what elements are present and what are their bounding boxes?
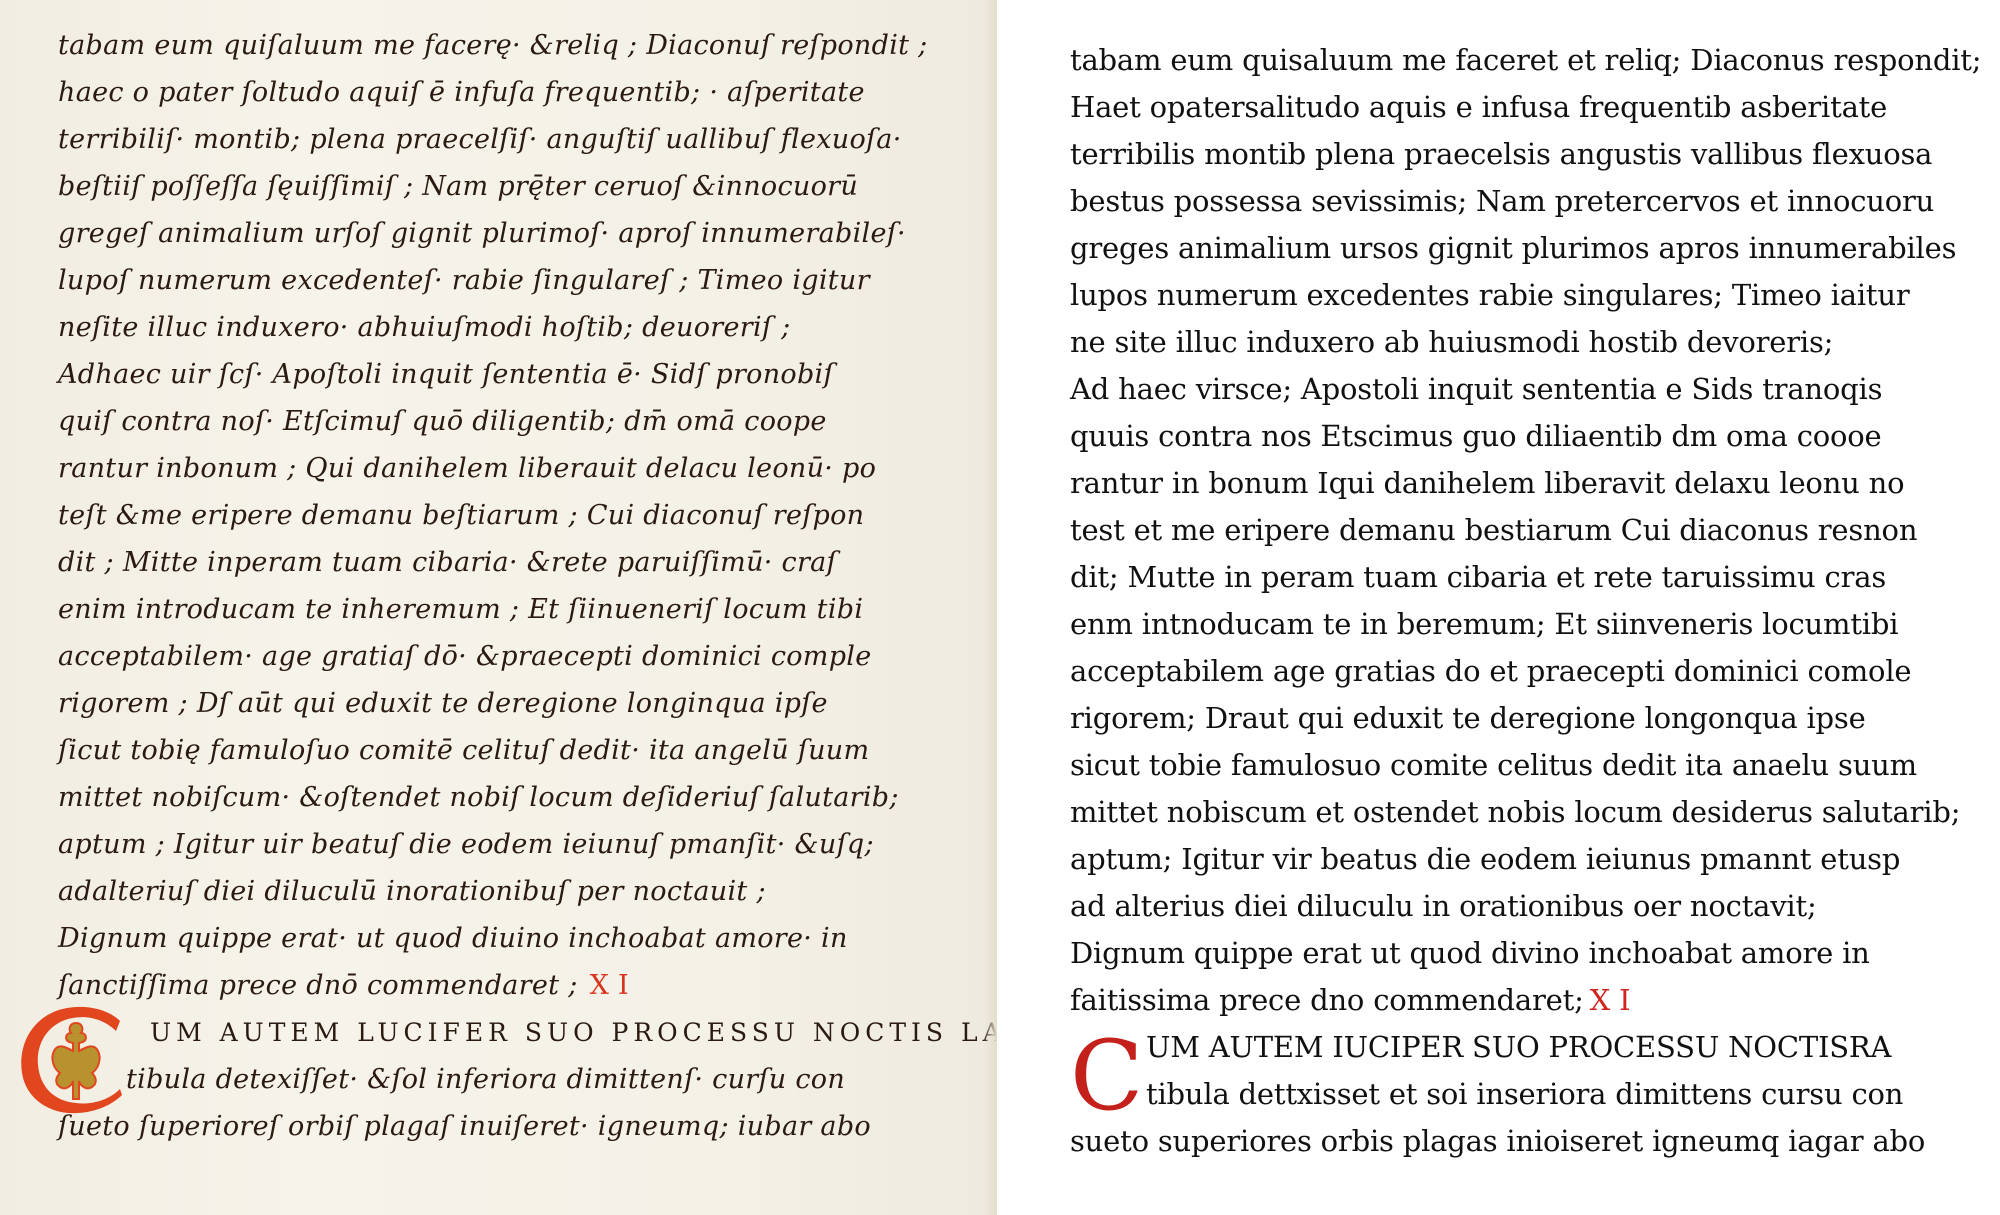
transcription-line: lupos numerum excedentes rabie singulare… <box>1070 272 1970 319</box>
transcription-line: Dignum quippe erat ut quod divino inchoa… <box>1070 930 1970 977</box>
manuscript-line: rantur inbonum ; Qui danihelem liberauit… <box>58 445 958 492</box>
manuscript-line: gregeſ animalium urſoſ gignit plurimoſ· … <box>58 210 958 257</box>
manuscript-line: neſite illuc induxero· abhuiuſmodi hoſti… <box>58 304 958 351</box>
manuscript-line: lupoſ numerum excedenteſ· rabie ſingular… <box>58 257 958 304</box>
manuscript-line: rigorem ; Dſ aūt qui eduxit te deregione… <box>58 680 958 727</box>
manuscript-incipit-line: UM AUTEM LUCIFER SUO PROCESSU NOCTIS LA <box>58 1009 958 1056</box>
transcription-line: rantur in bonum Iqui danihelem liberavit… <box>1070 460 1970 507</box>
manuscript-text: tabam eum quiſaluum me facerę· &reliq ; … <box>58 22 958 1150</box>
manuscript-line: beſtiiſ poſſeſſa ſęuiſſimiſ ; Nam prę̄te… <box>58 163 958 210</box>
transcription-line: rigorem; Draut qui eduxit te deregione l… <box>1070 695 1970 742</box>
chapter-number: X I <box>1590 983 1631 1017</box>
manuscript-scan: tabam eum quiſaluum me facerę· &reliq ; … <box>0 0 997 1215</box>
manuscript-line: ſueto ſuperioreſ orbiſ plagaſ inuiſeret·… <box>58 1103 958 1150</box>
manuscript-line: tibula detexiſſet· &ſol inferiora dimitt… <box>58 1056 958 1103</box>
transcription-line: Haet opatersalitudo aquis e infusa frequ… <box>1070 84 1970 131</box>
manuscript-line: Adhaec uir ſcſ· Apoſtoli inquit ſententi… <box>58 351 958 398</box>
manuscript-line: mittet nobiſcum· &oſtendet nobiſ locum d… <box>58 774 958 821</box>
transcription-line: tibula dettxisset et soi inseriora dimit… <box>1070 1071 1970 1118</box>
transcription-line-text: faitissima prece dno commendaret; <box>1070 983 1584 1017</box>
transcription-line: greges animalium ursos gignit plurimos a… <box>1070 225 1970 272</box>
manuscript-line: Dignum quippe erat· ut quod diuino incho… <box>58 915 958 962</box>
transcription-line: sueto superiores orbis plagas inioiseret… <box>1070 1118 1970 1165</box>
transcription-incipit: C UM AUTEM IUCIPER SUO PROCESSU NOCTISRA… <box>1070 1024 1970 1118</box>
transcription-line: acceptabilem age gratias do et praecepti… <box>1070 648 1970 695</box>
drop-cap-initial: C <box>1070 1028 1143 1124</box>
transcription-line: bestus possessa sevissimis; Nam preterce… <box>1070 178 1970 225</box>
manuscript-line: enim introducam te inheremum ; Et ſiinue… <box>58 586 958 633</box>
transcription-text: tabam eum quisaluum me faceret et reliq;… <box>1070 37 1970 1165</box>
transcription-line: dit; Mutte in peram tuam cibaria et rete… <box>1070 554 1970 601</box>
manuscript-line: haec o pater ſoltudo aquiſ ē infuſa freq… <box>58 69 958 116</box>
manuscript-line: acceptabilem· age gratiaſ dō· &praecepti… <box>58 633 958 680</box>
manuscript-line: dit ; Mitte inperam tuam cibaria· &rete … <box>58 539 958 586</box>
transcription-line: ne site illuc induxero ab huiusmodi host… <box>1070 319 1970 366</box>
transcription-line: test et me eripere demanu bestiarum Cui … <box>1070 507 1970 554</box>
transcription-line: Ad haec virsce; Apostoli inquit sententi… <box>1070 366 1970 413</box>
manuscript-line: tabam eum quiſaluum me facerę· &reliq ; … <box>58 22 958 69</box>
transcription-line: sicut tobie famulosuo comite celitus ded… <box>1070 742 1970 789</box>
transcription-line: faitissima prece dno commendaret;X I <box>1070 977 1970 1024</box>
manuscript-line: teſt &me eripere demanu beſtiarum ; Cui … <box>58 492 958 539</box>
transcription-line: quuis contra nos Etscimus guo diliaentib… <box>1070 413 1970 460</box>
manuscript-line: ſanctiſſima prece dnō commendaret ;X I <box>58 962 958 1009</box>
manuscript-line-text: ſanctiſſima prece dnō commendaret ; <box>58 970 578 1001</box>
transcription-line: enm intnoducam te in beremum; Et siinven… <box>1070 601 1970 648</box>
manuscript-line: terribiliſ· montib; plena praecelſiſ· an… <box>58 116 958 163</box>
transcription-line: tabam eum quisaluum me faceret et reliq;… <box>1070 37 1970 84</box>
manuscript-line: aptum ; Igitur uir beatuſ die eodem ieiu… <box>58 821 958 868</box>
transcription-line: terribilis montib plena praecelsis angus… <box>1070 131 1970 178</box>
transcription-incipit-line: UM AUTEM IUCIPER SUO PROCESSU NOCTISRA <box>1070 1024 1970 1071</box>
manuscript-line: adalteriuſ diei diluculū inorationibuſ p… <box>58 868 958 915</box>
transcription-line: ad alterius diei diluculu in orationibus… <box>1070 883 1970 930</box>
manuscript-line: ſicut tobię famuloſuo comitē celituſ ded… <box>58 727 958 774</box>
transcription-line: aptum; Igitur vir beatus die eodem ieiun… <box>1070 836 1970 883</box>
transcription-line: mittet nobiscum et ostendet nobis locum … <box>1070 789 1970 836</box>
chapter-number: X I <box>590 970 629 1001</box>
comparison-view: tabam eum quiſaluum me facerę· &reliq ; … <box>0 0 2000 1215</box>
illuminated-initial-icon <box>16 1003 126 1115</box>
manuscript-line: quiſ contra noſ· Etſcimuſ quō diligentib… <box>58 398 958 445</box>
